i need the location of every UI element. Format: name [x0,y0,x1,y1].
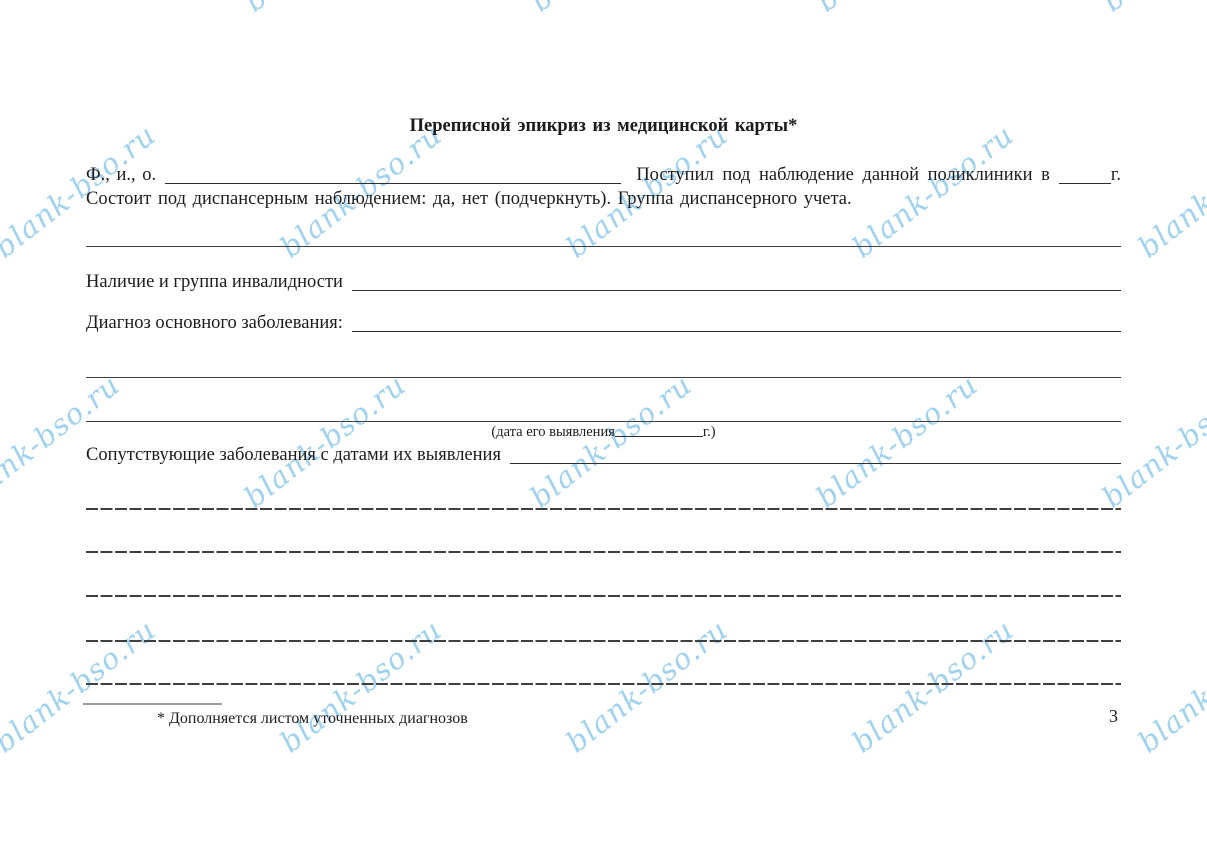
comorbidities-blank-line [510,443,1121,467]
blank-line-2 [86,377,1121,378]
fio-line: Ф., и., о. Поступил под наблюдение данно… [86,163,1121,187]
form-title: Переписной эпикриз из медицинской карты* [0,116,1207,137]
form-content: Переписной эпикриз из медицинской карты*… [0,0,1207,850]
medical-form-page: blank-bso.rublank-bso.rublank-bso.rublan… [0,0,1207,850]
admission-text: Поступил под наблюдение данной поликлини… [636,163,1050,187]
writing-line-4 [86,640,1121,642]
writing-line-2 [86,551,1121,553]
disability-blank-line [352,270,1121,294]
admission-year-blank [1059,163,1111,187]
disability-label: Наличие и группа инвалидности [86,270,343,294]
intro-paragraph: Ф., и., о. Поступил под наблюдение данно… [86,163,1121,211]
detection-date-prefix: (дата его выявления [491,424,615,440]
blank-line-3 [86,421,1121,422]
fio-label: Ф., и., о. [86,163,156,187]
diagnosis-label: Диагноз основного заболевания: [86,311,343,335]
page-number: 3 [1109,706,1118,727]
writing-line-3 [86,595,1121,597]
disability-row: Наличие и группа инвалидности [86,270,1121,294]
dispensary-line: Состоит под диспансерным наблюдением: да… [86,187,1121,211]
detection-date-blank [615,434,703,437]
detection-date-note: (дата его выявленияг.) [86,424,1121,440]
writing-line-5 [86,683,1121,685]
detection-date-suffix: г.) [703,424,716,440]
writing-line-1 [86,508,1121,510]
blank-line-1 [86,246,1121,247]
fio-blank-line [165,163,621,187]
diagnosis-row: Диагноз основного заболевания: [86,311,1121,335]
comorbidities-label: Сопутствующие заболевания с датами их вы… [86,443,501,467]
footnote-separator [83,703,222,705]
diagnosis-blank-line [352,311,1121,335]
comorbidities-row: Сопутствующие заболевания с датами их вы… [86,443,1121,467]
admission-year-suffix: г. [1111,163,1121,187]
footnote-text: * Дополняется листом уточненных диагнозо… [157,710,468,728]
